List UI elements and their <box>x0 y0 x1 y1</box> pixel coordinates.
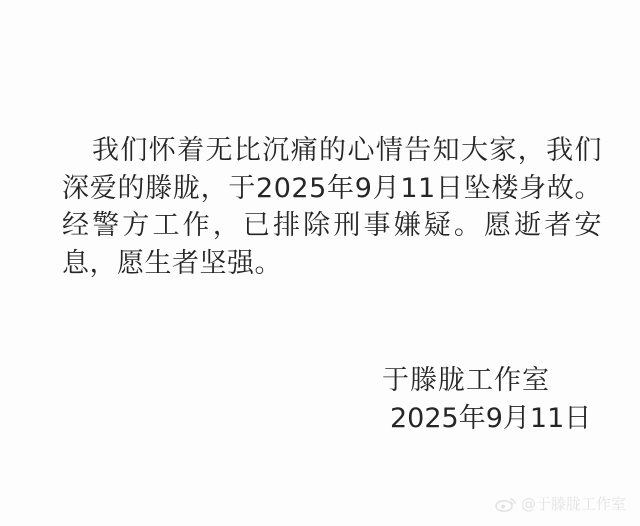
weibo-watermark: @于滕胧工作室 <box>495 493 626 514</box>
signature-organization: 于滕胧工作室 <box>382 362 591 400</box>
statement-paragraph: 我们怀着无比沉痛的心情告知大家，我们深爱的滕胧，于2025年9月11日坠楼身故。… <box>62 132 602 282</box>
signature-block: 于滕胧工作室 2025年9月11日 <box>382 362 591 438</box>
statement-body: 我们怀着无比沉痛的心情告知大家，我们深爱的滕胧，于2025年9月11日坠楼身故。… <box>62 132 602 282</box>
signature-date: 2025年9月11日 <box>382 400 591 438</box>
watermark-handle: @于滕胧工作室 <box>521 493 626 514</box>
weibo-logo-icon <box>495 496 517 512</box>
